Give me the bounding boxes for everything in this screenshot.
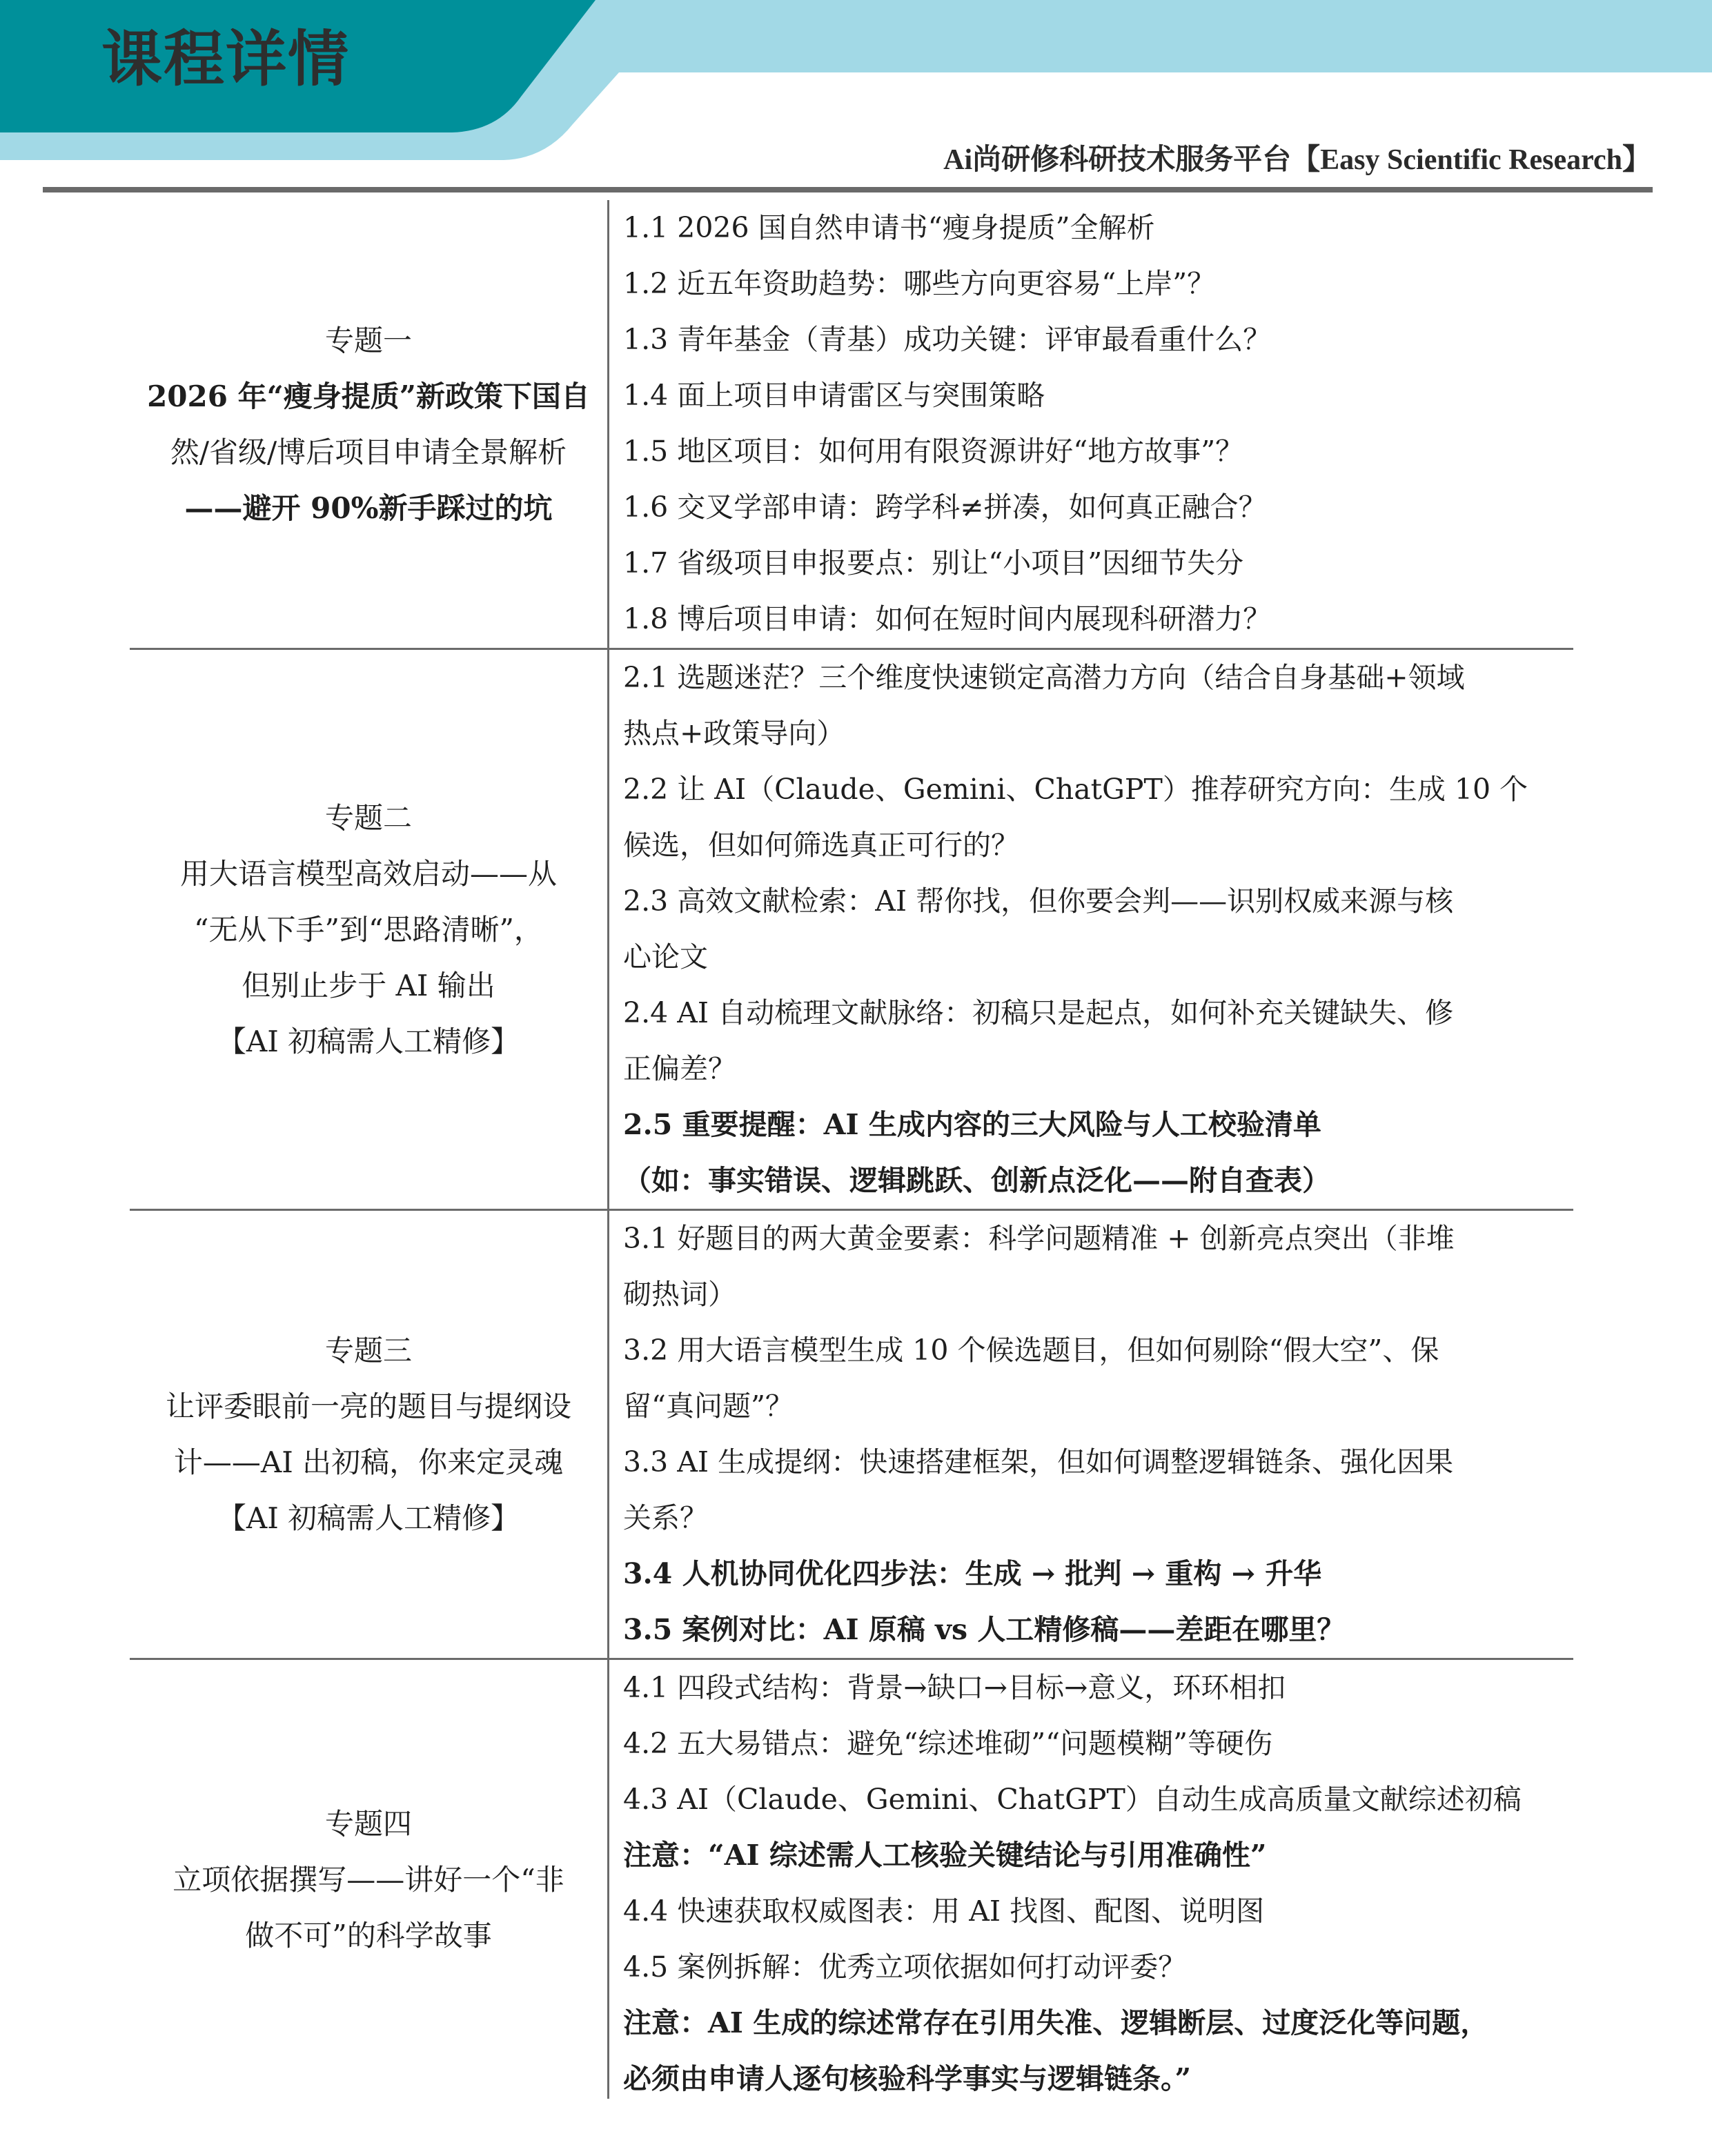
topic-3-title: 专题三 让评委眼前一亮的题目与提纲设 计——AI 出初稿，你来定灵魂 【AI 初… [130, 1211, 607, 1658]
header-rule [43, 187, 1653, 192]
list-item: 3.3 AI 生成提纲：快速搭建框架，但如何调整逻辑链条、强化因果 [623, 1434, 1582, 1490]
list-item: 1.7 省级项目申报要点：别让“小项目”因细节失分 [623, 535, 1582, 591]
list-item: 2.3 高效文献检索：AI 帮你找，但你要会判——识别权威来源与核 [623, 873, 1582, 929]
list-item: 3.2 用大语言模型生成 10 个候选题目，但如何剔除“假大空”、保 [623, 1323, 1582, 1378]
list-item-continued: 候选，但如何筛选真正可行的？ [623, 818, 1582, 873]
list-item-highlight: 2.5 重要提醒：AI 生成内容的三大风险与人工校验清单 [623, 1097, 1582, 1153]
list-item: 4.3 AI（Claude、Gemini、ChatGPT）自动生成高质量文献综述… [623, 1772, 1582, 1828]
topic-title-line: 立项依据撰写——讲好一个“非 [173, 1852, 564, 1908]
list-item: 1.4 面上项目申请雷区与突围策略 [623, 368, 1582, 424]
topic-title-line: 但别止步于 AI 输出 [242, 958, 495, 1013]
list-item-continued: 正偏差？ [623, 1041, 1582, 1097]
list-item: 2.4 AI 自动梳理文献脉络：初稿只是起点，如何补充关键缺失、修 [623, 985, 1582, 1041]
topic-title-line: 用大语言模型高效启动——从 [180, 846, 557, 902]
topic-title-line: 计——AI 出初稿，你来定灵魂 [174, 1434, 563, 1490]
note-item: 注意：AI 生成的综述常存在引用失准、逻辑断层、过度泛化等问题， [623, 1995, 1582, 2051]
list-item: 2.1 选题迷茫？三个维度快速锁定高潜力方向（结合自身基础+领域 [623, 650, 1582, 706]
list-item: 3.1 好题目的两大黄金要素：科学问题精准 + 创新亮点突出（非堆 [623, 1211, 1582, 1267]
topic-note: 【AI 初稿需人工精修】 [217, 1013, 520, 1069]
list-item-continued: 心论文 [623, 929, 1582, 985]
topic-title-line: 然/省级/博后项目申请全景解析 [170, 424, 567, 480]
page-title: 课程详情 [101, 25, 350, 94]
list-item: 1.5 地区项目：如何用有限资源讲好“地方故事”？ [623, 424, 1582, 479]
list-item: 1.3 青年基金（青基）成功关键：评审最看重什么？ [623, 312, 1582, 368]
list-item-highlight: 3.4 人机协同优化四步法：生成 → 批判 → 重构 → 升华 [623, 1546, 1582, 1602]
topic-1-items: 1.1 2026 国自然申请书“瘦身提质”全解析 1.2 近五年资助趋势：哪些方… [623, 200, 1582, 647]
list-item: 1.6 交叉学部申请：跨学科≠拼凑，如何真正融合？ [623, 479, 1582, 535]
list-item: 1.2 近五年资助趋势：哪些方向更容易“上岸”？ [623, 256, 1582, 312]
list-item-continued: 关系？ [623, 1490, 1582, 1546]
note-item-continued: 必须由申请人逐句核验科学事实与逻辑链条。” [623, 2051, 1582, 2107]
list-item: 4.5 案例拆解：优秀立项依据如何打动评委？ [623, 1939, 1582, 1995]
table-column-divider [607, 200, 609, 2099]
topic-4-items: 4.1 四段式结构：背景→缺口→目标→意义，环环相扣 4.2 五大易错点：避免“… [623, 1660, 1582, 2107]
topic-2-title: 专题二 用大语言模型高效启动——从 “无从下手”到“思路清晰”， 但别止步于 A… [130, 650, 607, 1209]
topic-title-line: 2026 年“瘦身提质”新政策下国自 [147, 368, 590, 424]
topic-label: 专题一 [325, 313, 412, 368]
list-item-continued: 热点+政策导向） [623, 706, 1582, 762]
topic-note: 【AI 初稿需人工精修】 [217, 1490, 520, 1546]
topic-4-title: 专题四 立项依据撰写——讲好一个“非 做不可”的科学故事 [130, 1660, 607, 2099]
list-item: 4.1 四段式结构：背景→缺口→目标→意义，环环相扣 [623, 1660, 1582, 1716]
platform-subtitle: Ai尚研修科研技术服务平台【Easy Scientific Research】 [943, 141, 1651, 179]
list-item-highlight: （如：事实错误、逻辑跳跃、创新点泛化——附自查表） [623, 1153, 1582, 1209]
topic-title-line: 做不可”的科学故事 [245, 1908, 491, 1964]
topic-2-items: 2.1 选题迷茫？三个维度快速锁定高潜力方向（结合自身基础+领域 热点+政策导向… [623, 650, 1582, 1209]
list-item: 2.2 让 AI（Claude、Gemini、ChatGPT）推荐研究方向：生成… [623, 762, 1582, 818]
list-item: 1.1 2026 国自然申请书“瘦身提质”全解析 [623, 200, 1582, 256]
list-item: 1.8 博后项目申请：如何在短时间内展现科研潜力？ [623, 591, 1582, 647]
list-item-highlight: 3.5 案例对比：AI 原稿 vs 人工精修稿——差距在哪里？ [623, 1602, 1582, 1658]
list-item: 4.2 五大易错点：避免“综述堆砌”“问题模糊”等硬伤 [623, 1716, 1582, 1772]
topic-title-line: “无从下手”到“思路清晰”， [194, 902, 543, 958]
topic-label: 专题四 [325, 1796, 412, 1852]
note-item: 注意：“AI 综述需人工核验关键结论与引用准确性” [623, 1828, 1582, 1883]
topic-3-items: 3.1 好题目的两大黄金要素：科学问题精准 + 创新亮点突出（非堆 砌热词） 3… [623, 1211, 1582, 1658]
topic-label: 专题二 [325, 790, 412, 846]
topic-title-line: 让评委眼前一亮的题目与提纲设 [166, 1378, 571, 1434]
topic-title-line: ——避开 90%新手踩过的坑 [185, 480, 553, 536]
topic-1-title: 专题一 2026 年“瘦身提质”新政策下国自 然/省级/博后项目申请全景解析 —… [130, 200, 607, 648]
list-item-continued: 留“真问题”？ [623, 1378, 1582, 1434]
list-item-continued: 砌热词） [623, 1267, 1582, 1323]
list-item: 4.4 快速获取权威图表：用 AI 找图、配图、说明图 [623, 1883, 1582, 1939]
topic-label: 专题三 [325, 1323, 412, 1378]
